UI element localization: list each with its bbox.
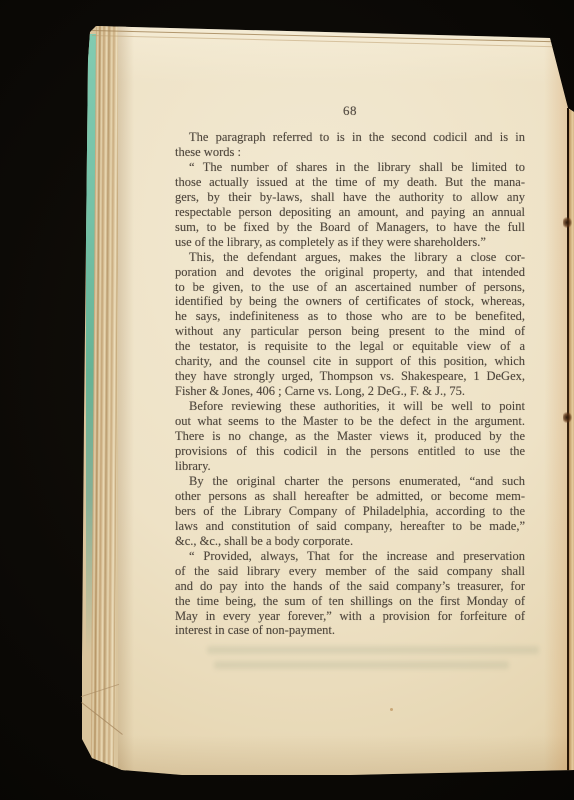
text-line: This, the defendant argues, makes the li… bbox=[175, 250, 525, 265]
text-line: identified by being the owners of certif… bbox=[175, 294, 525, 309]
paper-speck bbox=[390, 708, 393, 711]
page-number: 68 bbox=[175, 103, 525, 119]
text-line: Before reviewing these authorities, it w… bbox=[175, 399, 525, 414]
text-line: The paragraph referred to is in the seco… bbox=[175, 130, 525, 145]
text-line: other persons as shall hereafter be admi… bbox=[175, 489, 525, 504]
text-line: to be given, to the use of an ascertaine… bbox=[175, 280, 525, 295]
text-line: provisions of this codicil in the person… bbox=[175, 444, 525, 459]
text-line: they have strongly urged, Thompson vs. S… bbox=[175, 369, 525, 384]
text-line: “ Provided, always, That for the increas… bbox=[175, 549, 525, 564]
text-line: these words : bbox=[175, 145, 525, 160]
book-page: 68 The paragraph referred to is in the s… bbox=[62, 18, 574, 780]
text-line: of the said library every member of the … bbox=[175, 564, 525, 579]
text-line: interest in case of non-payment. bbox=[175, 623, 525, 638]
text-line: May in every year forever,” with a provi… bbox=[175, 609, 525, 624]
paragraph: The paragraph referred to is in the seco… bbox=[175, 130, 525, 160]
text-line: By the original charter the persons enum… bbox=[175, 474, 525, 489]
text-line: out what seems to the Master to be the d… bbox=[175, 414, 525, 429]
stitch-mark bbox=[563, 217, 572, 228]
paragraph: “ The number of shares in the library sh… bbox=[175, 160, 525, 250]
paragraph: “ Provided, always, That for the increas… bbox=[175, 549, 525, 639]
text-line: and do pay into the hands of the said co… bbox=[175, 579, 525, 594]
paragraph: This, the defendant argues, makes the li… bbox=[175, 250, 525, 400]
text-line: use of the library, as completely as if … bbox=[175, 235, 525, 250]
text-line: There is no change, as the Master views … bbox=[175, 429, 525, 444]
text-line: laws and constitution of said company, h… bbox=[175, 519, 525, 534]
paragraph: Before reviewing these authorities, it w… bbox=[175, 399, 525, 474]
text-line: charity, and the counsel cite in support… bbox=[175, 354, 525, 369]
text-line: &c., &c., shall be a body corporate. bbox=[175, 534, 525, 549]
text-line: sum, to be fixed by the Board of Manager… bbox=[175, 220, 525, 235]
text-line: without any particular person being pres… bbox=[175, 324, 525, 339]
ghost-text-smudge bbox=[207, 646, 539, 654]
stitch-mark bbox=[563, 412, 572, 423]
right-fore-edge-strip bbox=[569, 110, 574, 776]
scan-background: { "document": { "page_number": "68", "pa… bbox=[0, 0, 574, 800]
text-line: the testator, is requisite to the legal … bbox=[175, 339, 525, 354]
text-block: The paragraph referred to is in the seco… bbox=[175, 130, 525, 638]
text-line: he says, indefiniteness as to those who … bbox=[175, 309, 525, 324]
text-line: those actually issued at the time of my … bbox=[175, 175, 525, 190]
text-line: library. bbox=[175, 459, 525, 474]
text-line: Fisher & Jones, 406 ; Carne vs. Long, 2 … bbox=[175, 384, 525, 399]
text-line: respectable person depositing an amount,… bbox=[175, 205, 525, 220]
text-line: the time being, the sum of ten shillings… bbox=[175, 594, 525, 609]
text-line: “ The number of shares in the library sh… bbox=[175, 160, 525, 175]
paragraph: By the original charter the persons enum… bbox=[175, 474, 525, 549]
text-line: poration and devotes the original proper… bbox=[175, 265, 525, 280]
text-line: gers, by their by-laws, shall have the a… bbox=[175, 190, 525, 205]
text-line: bers of the Library Company of Philadelp… bbox=[175, 504, 525, 519]
ghost-text-smudge bbox=[214, 661, 509, 669]
